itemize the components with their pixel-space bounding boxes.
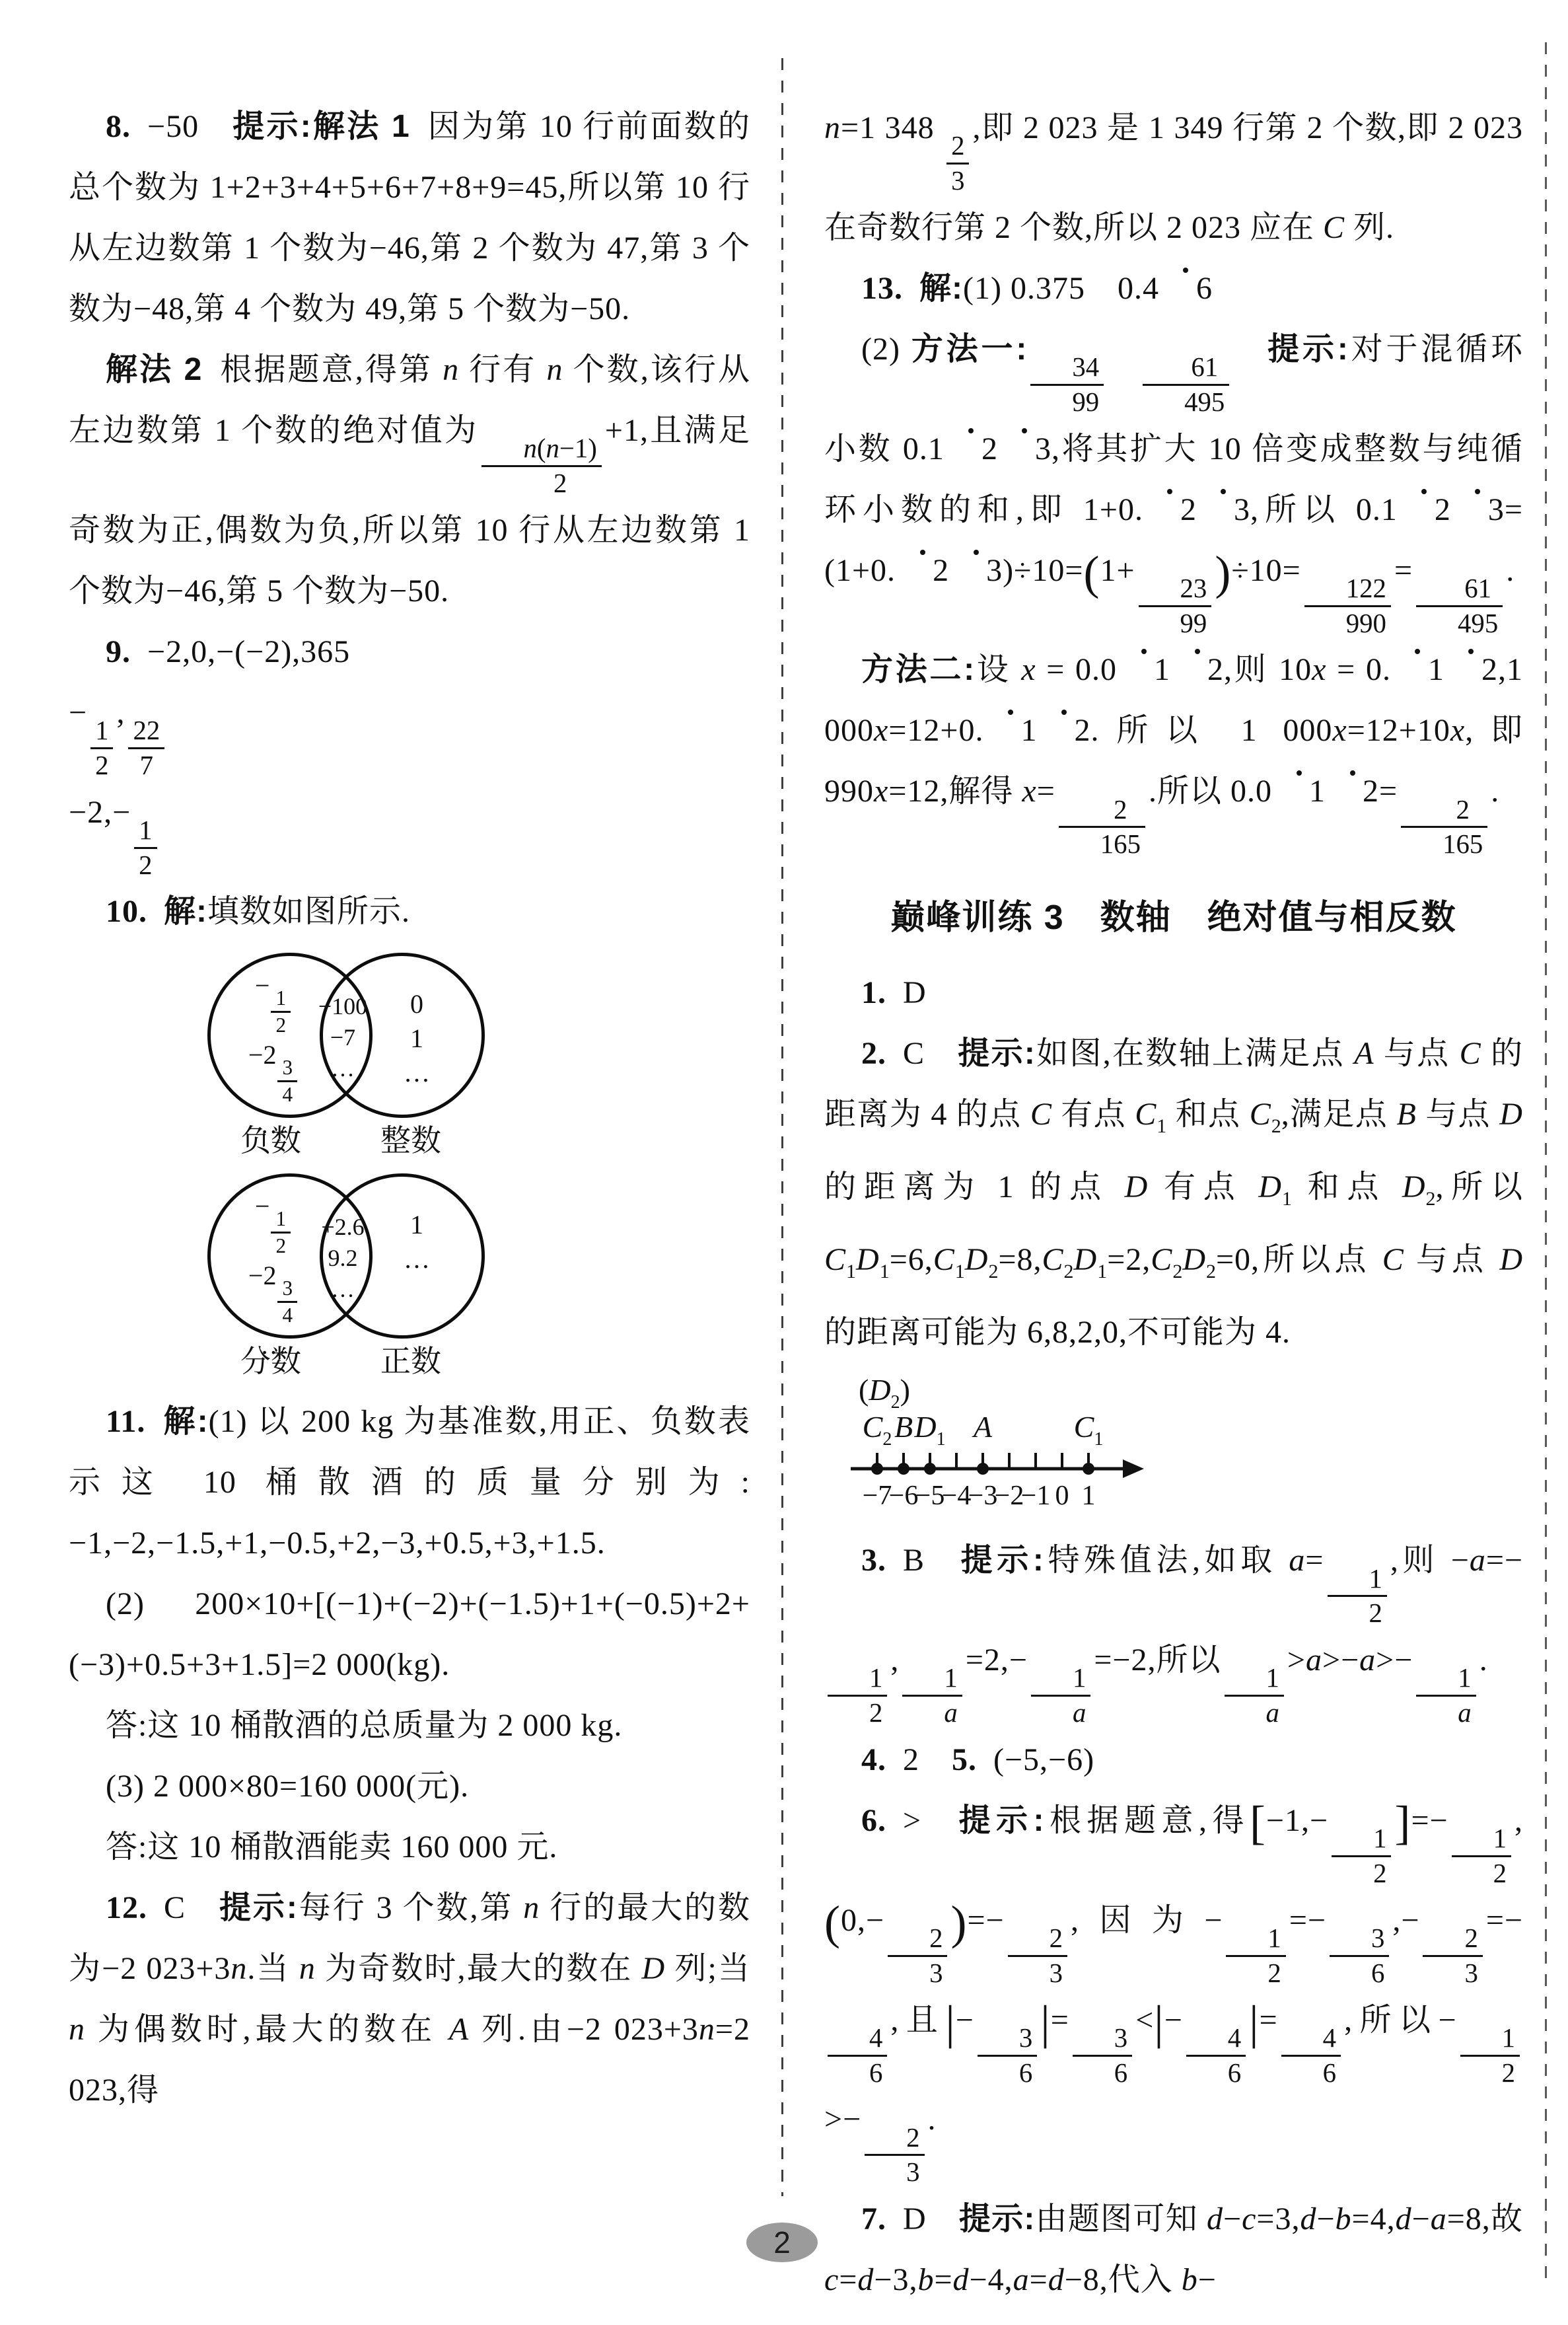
overdot-digit: 2 (1326, 773, 1379, 809)
text-run: = (1051, 2003, 1069, 2038)
math-variable: C (1135, 1097, 1157, 1132)
text-run: 2 (1369, 1598, 1382, 1628)
fraction-numerator: 2 (1401, 793, 1487, 829)
text-run: 行有 (459, 352, 546, 387)
paragraph: 10. 解:填数如图所示. (69, 881, 750, 942)
math-variable: B (1397, 1097, 1417, 1132)
math-variable: C (933, 1242, 955, 1277)
text-run: 与点 (1417, 1097, 1499, 1132)
overdot-digit: 2 (1143, 492, 1197, 528)
fraction-denominator: a (1031, 1697, 1090, 1730)
overdot-digit: 1 (983, 712, 1037, 749)
venn-diagram: −12−234…+2.69.2…1…分数正数 (168, 1173, 604, 1384)
paragraph: 1. D (824, 963, 1523, 1023)
fraction-denominator: 990 (1304, 607, 1391, 640)
venn-diagram: −12−234…−100−7…01…负数整数 (168, 953, 604, 1163)
text-run: >− (1376, 1642, 1413, 1678)
text-run (145, 1404, 162, 1439)
math-variable: n (443, 352, 459, 387)
math-variable: A (1354, 1036, 1374, 1071)
text-run: 6 (1114, 2058, 1127, 2088)
text-run: 34 (1072, 352, 1099, 382)
text-run: 3 (1019, 2023, 1032, 2053)
text-run: 3 (929, 1958, 943, 1988)
math-variable: C (824, 1242, 846, 1277)
math-variable: d (1300, 2201, 1316, 2236)
fraction-numerator: 1 (1332, 1822, 1391, 1857)
math-variable: n (231, 1951, 247, 1986)
svg-text:B: B (894, 1410, 913, 1444)
text-run: , (1515, 1803, 1523, 1838)
text-run: , (890, 1642, 899, 1678)
fraction-numerator: 1 (1225, 1662, 1284, 1697)
fraction: 1a (1225, 1662, 1284, 1730)
math-variable: n (299, 1951, 316, 1986)
text-run: . (1491, 774, 1499, 809)
text-run: =2,− (966, 1642, 1028, 1678)
item-number: 2. (861, 1036, 886, 1071)
column-divider (781, 58, 783, 2196)
paragraph: 解法 2 根据题意,得第 n 行有 n 个数,该行从左边数第 1 个数的绝对值为… (69, 340, 750, 622)
math-variable: a (1359, 1642, 1376, 1678)
bold-label: 解: (162, 1404, 208, 1439)
bold-label: 解: (164, 894, 207, 929)
text-run: 2 (951, 131, 964, 161)
text-run: = (934, 2262, 952, 2297)
math-variable: C (1030, 1097, 1052, 1132)
fraction: 46 (1281, 2022, 1341, 2090)
repeating-decimal: 1 (1117, 652, 1170, 687)
text-run: =8,故 (1447, 2201, 1523, 2236)
bold-label: 提示: (1265, 332, 1349, 367)
text-run: =− (1411, 1803, 1448, 1838)
venn-value: … (312, 1274, 374, 1305)
fraction-numerator: 1 (1416, 1662, 1476, 1697)
text-run: 3 (1114, 2023, 1127, 2053)
math-variable: b (1182, 2262, 1198, 2297)
text-run: − (1164, 2003, 1183, 2038)
venn-value: −100 (312, 991, 374, 1022)
text-run: −1,− (1266, 1803, 1328, 1838)
repeating-decimal: 3 (998, 431, 1051, 466)
math-variable: C (1250, 1097, 1271, 1132)
text-run: (2) (861, 332, 911, 367)
text-run: ,所以− (1344, 2003, 1457, 2038)
fraction: 12 (1332, 1822, 1391, 1890)
venn-right-label: 正数 (332, 1337, 490, 1381)
text-run: ,则 10 (1224, 652, 1312, 687)
math-variable: b (917, 2262, 934, 2297)
fraction-denominator: 495 (1143, 386, 1229, 419)
text-run: 6 (869, 2058, 882, 2088)
text-run: − (1198, 2262, 1217, 2297)
math-variable: A (449, 2012, 469, 2047)
venn-value: 1 (380, 1021, 453, 1056)
item-number: 10. (106, 894, 147, 929)
text-run: 2 (275, 1014, 286, 1037)
subscript: 1 (955, 1261, 965, 1282)
text-run: −8,代入 (1065, 2262, 1182, 2297)
page-number: 2 (773, 2225, 791, 2260)
text-run: +2.6 (321, 1214, 364, 1240)
text-run: 3 (282, 1276, 293, 1300)
text-run: C (886, 1036, 957, 1071)
text-run: − (255, 1191, 270, 1221)
text-run: =3, (1256, 2201, 1300, 2236)
text-run: =2, (1107, 1242, 1151, 1277)
text-run: −2,− (69, 795, 131, 830)
text-run: 2 (1050, 1923, 1063, 1953)
text-run: 1 (944, 1663, 957, 1693)
fraction-denominator: a (902, 1697, 962, 1730)
fraction: 12 (1226, 1922, 1285, 1990)
overdot-digit: 3 (949, 552, 1003, 589)
fraction: 2399 (1139, 572, 1212, 640)
big-bracket: ] (1394, 1796, 1411, 1849)
repeating-decimal: 6 (1159, 271, 1213, 306)
fraction: n(n−1)2 (481, 432, 601, 500)
bold-label: 方法二: (861, 652, 975, 687)
overdot-digit: 2 (944, 431, 998, 467)
venn-value: 9.2 (312, 1243, 374, 1274)
paragraph: 7. D 提示:由题图可知 d−c=3,d−b=4,d−a=8,故 c=d−3,… (824, 2189, 1523, 2310)
math-variable: x (874, 774, 888, 809)
bold-label: 提示: (957, 1543, 1044, 1578)
text-run: 1 (1267, 1923, 1281, 1953)
text-run: 7 (140, 751, 153, 780)
fraction-denominator: 2 (90, 749, 113, 782)
math-variable: n (546, 352, 563, 387)
text-run: >− (1322, 1642, 1359, 1678)
text-run: > (1287, 1642, 1306, 1678)
venn-left-label: 负数 (192, 1117, 350, 1160)
paragraph: 12. C 提示:每行 3 个数,第 n 行的最大的数为−2 023+3n.当 … (69, 1878, 750, 2121)
fraction-numerator: 1 (1328, 1563, 1387, 1598)
subscript: 1 (1282, 1188, 1292, 1210)
text-run: −100 (318, 993, 367, 1019)
repeating-decimal: 2 (1398, 492, 1451, 527)
fraction-numerator: 3 (277, 1276, 297, 1303)
math-variable: a (944, 1698, 957, 1728)
page-edge-dash (1545, 42, 1547, 2286)
paragraph: 13. 解:(1) 0.375 0.46 (824, 258, 1523, 319)
svg-text:−2: −2 (995, 1481, 1024, 1511)
item-number: 1. (861, 975, 886, 1010)
text-run (1232, 332, 1265, 367)
svg-text:A: A (972, 1410, 993, 1444)
venn-right-label: 整数 (332, 1117, 490, 1160)
venn-left-items: −12−234… (236, 969, 311, 1141)
math-variable: D (642, 1951, 666, 1986)
text-run: =1 348 (841, 110, 943, 145)
paragraph: 4. 2 5. (−5,−6) (824, 1730, 1523, 1790)
math-variable: x (1021, 652, 1036, 687)
math-variable: D (1125, 1169, 1149, 1204)
paragraph: 答:这 10 桶散酒能卖 160 000 元. (69, 1817, 750, 1878)
fraction: 23 (865, 2122, 924, 2190)
overdot-digit: 2 (896, 552, 949, 589)
fraction-numerator: 1 (1226, 1922, 1285, 1957)
subscript: 2 (1271, 1115, 1281, 1137)
text-run: 2 (1114, 795, 1127, 825)
text-run: 列;当 (665, 1951, 750, 1986)
text-run: 4 (282, 1083, 293, 1106)
text-run: 与点 (1374, 1036, 1460, 1071)
repeating-decimal: 1 (983, 713, 1037, 748)
item-number: 4. (861, 1742, 886, 1777)
subscript: 1 (846, 1261, 856, 1282)
big-bracket: ) (950, 1896, 967, 1949)
fraction-numerator: 23 (1139, 572, 1212, 607)
text-run: = (839, 2262, 857, 2297)
text-run: … (404, 1058, 430, 1088)
math-variable: c (1242, 2201, 1256, 2236)
text-run: 9.2 (328, 1245, 358, 1271)
overdot-digit: 3 (1451, 492, 1505, 528)
subscript: 2 (1206, 1261, 1216, 1282)
paragraph: (2) 200×10+[(−1)+(−2)+(−1.5)+1+(−0.5)+2+… (69, 1574, 750, 1695)
text-run: 根据题意,得第 (202, 352, 443, 387)
text-run: =− (1486, 1543, 1523, 1578)
fraction: 3499 (1030, 351, 1104, 419)
text-run: . (928, 2102, 937, 2137)
big-bracket: | (1249, 1996, 1259, 2049)
fraction: 23 (888, 1922, 947, 1990)
item-number: 6. (861, 1803, 886, 1838)
math-variable: n (824, 110, 841, 145)
text-run: 4 (282, 1304, 293, 1327)
math-variable: D (1074, 1242, 1098, 1277)
text-run: . (1506, 553, 1515, 588)
repeating-decimal: 2 (1444, 652, 1498, 687)
big-bracket: | (1154, 1996, 1164, 2049)
text-run: −2 (248, 1261, 277, 1290)
math-variable: C (1042, 1242, 1064, 1277)
fraction-denominator: a (1225, 1697, 1284, 1730)
fraction-denominator: 6 (1281, 2057, 1341, 2090)
paragraph: n=1 348 23,即 2 023 是 1 349 行第 2 个数,即 2 0… (824, 98, 1523, 258)
bold-label: 解法 2 (106, 352, 202, 387)
text-run: 2 (886, 1742, 952, 1777)
text-run: 22 (133, 716, 160, 745)
fraction-denominator: 2 (1452, 1857, 1511, 1890)
text-run: 3 (951, 166, 964, 196)
text-run: 1 (1493, 1824, 1507, 1853)
text-run: 2 (95, 751, 108, 780)
fraction-numerator: n(n−1) (481, 432, 601, 467)
fraction: 12 (134, 814, 157, 882)
bold-label: 提示: (957, 1036, 1036, 1071)
text-run: 3 (1371, 1923, 1384, 1953)
overdot-digit: 2 (1398, 492, 1451, 528)
text-run: 4 (1228, 2023, 1241, 2053)
text-run: 2 (139, 850, 152, 880)
text-run: 和点 (1166, 1097, 1249, 1132)
text-run: 1 (1373, 1824, 1386, 1853)
text-run: C (147, 1890, 218, 1925)
fraction-denominator: 99 (1030, 386, 1104, 419)
venn-value: … (380, 1056, 453, 1090)
text-run: =4, (1352, 2201, 1396, 2236)
item-number: 8. (106, 109, 131, 144)
svg-text:−3: −3 (968, 1481, 998, 1511)
text-run: ( (537, 433, 546, 463)
fraction-denominator: 3 (888, 1957, 947, 1990)
fraction-denominator: 2 (271, 1234, 291, 1259)
fraction-numerator: 61 (1416, 572, 1503, 607)
fraction-denominator: 165 (1059, 828, 1145, 861)
text-run: 特殊值法,如取 (1044, 1543, 1289, 1578)
math-variable: a (1013, 2262, 1030, 2297)
text-run: B (886, 1543, 957, 1578)
venn-value: 1 (380, 1208, 453, 1242)
text-run: . (1479, 1642, 1488, 1678)
big-bracket: ( (1083, 546, 1100, 599)
text-run: 2 (553, 468, 567, 498)
math-variable: C (1323, 210, 1345, 245)
fraction-denominator: 3 (865, 2156, 924, 2189)
fraction: 23 (946, 129, 969, 198)
fraction: 61495 (1416, 572, 1503, 640)
text-run: (1) 0.375 0.4 (963, 271, 1159, 306)
fraction: 23 (1008, 1922, 1067, 1990)
text-run: −2,0,−(−2),365 (131, 634, 350, 669)
fraction-numerator: 2 (888, 1922, 947, 1957)
text-run: 2 (1373, 1859, 1386, 1888)
page-number-badge: 2 (746, 2223, 818, 2262)
repeating-decimal: 3 (1197, 492, 1250, 527)
text-run: 122 (1346, 573, 1386, 603)
text-run: −3, (874, 2262, 917, 2297)
big-bracket: | (945, 1996, 955, 2049)
text-run: 6 (1228, 2058, 1241, 2088)
text-run: 2 (275, 1234, 286, 1257)
text-run: (−5,−6) (977, 1742, 1094, 1777)
math-variable: a (1470, 1543, 1486, 1578)
repeating-decimal: 2 (944, 431, 998, 466)
text-run: D (886, 2201, 959, 2236)
fraction-denominator: 6 (978, 2057, 1037, 2090)
text-run: 3 (1050, 1958, 1063, 1988)
fraction: 227 (128, 714, 164, 782)
text-run: ,且 (890, 2003, 945, 2038)
subscript: 2 (1426, 1188, 1436, 1210)
text-run: 99 (1180, 609, 1207, 638)
math-variable: d (857, 2262, 874, 2297)
svg-text:1: 1 (1082, 1481, 1096, 1511)
fraction: 12 (1328, 1563, 1387, 1631)
text-run: 2 (869, 1698, 882, 1728)
subscript: 2 (1172, 1261, 1182, 1282)
text-run: = (1260, 2003, 1278, 2038)
svg-text:−6: −6 (889, 1481, 919, 1511)
number-line-diagram: −7−6−5−4−3−2−101C2BD1AC1(D2) (834, 1368, 1523, 1530)
svg-text:−5: −5 (915, 1481, 945, 1511)
text-run: 的距离可能为 6,8,2,0,不可能为 4. (824, 1315, 1291, 1350)
text-run: =−2,所以 (1094, 1642, 1221, 1678)
overdot-digit: 1 (1391, 651, 1444, 688)
text-run: −50 (131, 109, 231, 144)
text-run: 填数如图所示. (207, 894, 410, 929)
math-variable: d (1048, 2262, 1065, 2297)
math-variable: c (824, 2262, 839, 2297)
text-run: = 0. (1326, 652, 1390, 687)
fraction: 2165 (1401, 793, 1487, 862)
venn-value: −12 (236, 1189, 311, 1259)
fraction-denominator: 2 (1328, 1597, 1387, 1630)
text-run: 列. (1345, 210, 1394, 245)
text-run: 165 (1100, 829, 1141, 859)
math-variable: D (1182, 1242, 1206, 1277)
svg-text:0: 0 (1055, 1481, 1069, 1511)
text-run: 6 (1323, 2058, 1336, 2088)
text-run (147, 894, 164, 929)
text-run: 3 (906, 2157, 919, 2187)
text-run: ,满足点 (1281, 1097, 1397, 1132)
fraction-numerator: 1 (902, 1662, 962, 1697)
text-run: ÷10= (1231, 553, 1301, 588)
fraction-numerator: 2 (865, 2122, 924, 2157)
fraction-denominator: 3 (1008, 1957, 1067, 1990)
venn-right-items: 1… (380, 1208, 453, 1276)
fraction-numerator: 3 (978, 2022, 1037, 2057)
fraction-numerator: 4 (1186, 2022, 1246, 2057)
text-run: 答:这 10 桶散酒的总质量为 2 000 kg. (106, 1708, 622, 1743)
text-run: 2 (1267, 1958, 1281, 1988)
math-variable: d (953, 2262, 970, 2297)
text-run: .所以 1 000 (1090, 713, 1332, 748)
fraction: 1a (1416, 1662, 1476, 1730)
text-run: D (886, 975, 927, 1010)
fraction: 12 (1460, 2022, 1520, 2090)
fraction-numerator: 2 (1423, 1922, 1482, 1957)
fraction-numerator: 2 (1059, 793, 1145, 829)
paragraph: −12,227 (69, 683, 750, 782)
venn-value: … (312, 1053, 374, 1084)
repeating-decimal: 2 (896, 553, 949, 588)
subscript: 2 (988, 1261, 998, 1282)
text-run: = (1030, 2262, 1048, 2297)
text-run: − (1316, 2201, 1335, 2236)
venn-left-label: 分数 (192, 1337, 350, 1381)
fraction: 122990 (1304, 572, 1391, 640)
text-run: (3) 2 000×80=160 000(元). (106, 1769, 469, 1804)
item-number: 3. (861, 1543, 886, 1578)
text-run: −1) (559, 433, 597, 463)
venn-value: −12 (236, 969, 311, 1038)
fraction-numerator: 1 (271, 986, 291, 1013)
text-run: 1 (410, 1023, 423, 1053)
svg-text:−7: −7 (863, 1481, 892, 1511)
fraction-numerator: 3 (277, 1055, 297, 1082)
text-run: − (1412, 2201, 1431, 2236)
overdot-digit: 3 (1197, 492, 1250, 528)
text-run: =8, (998, 1242, 1042, 1277)
paragraph: (3) 2 000×80=160 000(元). (69, 1756, 750, 1817)
fraction-denominator: 4 (277, 1303, 297, 1328)
text-run: 2 (1456, 795, 1469, 825)
paragraph: (2) 方法一:3499 61495 提示:对于混循环小数 0.123,将其扩大… (824, 319, 1523, 640)
math-variable: C (1460, 1036, 1481, 1071)
repeating-decimal: 2 (1143, 492, 1197, 527)
text-run: 设 (975, 652, 1021, 687)
text-run: ,− (1392, 1903, 1419, 1938)
text-run: 3 (1464, 1958, 1478, 1988)
text-run: =6, (890, 1242, 933, 1277)
text-run: 根据题意,得 (1045, 1803, 1250, 1838)
text-run: 3 (282, 1056, 293, 1079)
text-run: 495 (1184, 387, 1225, 417)
